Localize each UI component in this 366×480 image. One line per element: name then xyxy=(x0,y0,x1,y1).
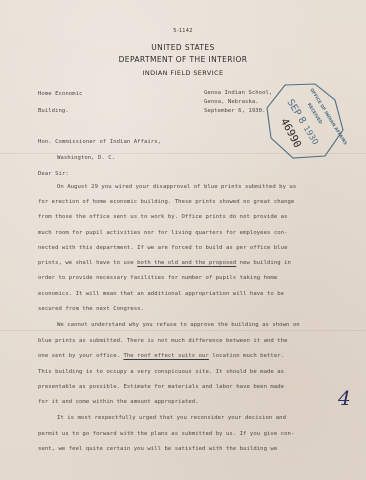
paper-fold-line xyxy=(0,330,366,331)
body-line: secured from the next Congress. xyxy=(38,306,144,312)
recipient-title: Hon. Commissioner of Indian Affairs, xyxy=(38,139,161,145)
letterhead-department: DEPARTMENT OF THE INTERIOR xyxy=(0,55,366,64)
body-line: permit us to go forward with the plans a… xyxy=(38,431,294,437)
body-line: blue prints as submitted. There is not m… xyxy=(38,338,288,344)
stamp-year: 1930 xyxy=(302,124,320,146)
body-line: It is most respectfully urged that you r… xyxy=(57,415,286,421)
body-line: from those the office sent us to work by… xyxy=(38,214,288,220)
body-line-underlined: one sent by your office. The roof effect… xyxy=(38,353,284,359)
body-line-underlined: prints, we shall have to use both the ol… xyxy=(38,260,291,266)
subject-line-2: Building. xyxy=(38,108,69,114)
letter-page: 5-1142 UNITED STATES DEPARTMENT OF THE I… xyxy=(0,0,366,480)
body-line: economics. It will mean that an addition… xyxy=(38,291,284,297)
body-line: much room for pupil activities nor for l… xyxy=(38,230,288,236)
body-line: We cannot understand why you refuse to a… xyxy=(57,322,300,328)
handwritten-page-mark: 4 xyxy=(338,386,351,410)
underlined-phrase: The roof effect suits our xyxy=(123,353,208,359)
salutation: Dear Sir: xyxy=(38,171,69,177)
underlined-phrase: both the old and the proposed xyxy=(137,260,236,266)
body-text: prints, we shall have to use xyxy=(38,260,137,266)
body-text: one sent by your office. xyxy=(38,353,123,359)
body-line: for erection of home economic building. … xyxy=(38,199,294,205)
body-line: nected with this department. If we are f… xyxy=(38,245,288,251)
body-line: On August 29 you wired your disapproval … xyxy=(57,184,296,190)
letterhead-field-service: INDIAN FIELD SERVICE xyxy=(0,69,366,77)
body-line: This building is to occupy a very conspi… xyxy=(38,369,284,375)
stamp-octagon-icon: OFFICE OF INDIAN AFFAIRS RECEIVED SEP 8 … xyxy=(263,82,347,160)
form-number: 5-1142 xyxy=(0,28,366,34)
body-line: presentable as possible. Estimate for ma… xyxy=(38,384,284,390)
letterhead-united-states: UNITED STATES xyxy=(0,43,366,52)
body-line: sent, we feel quite certain you will be … xyxy=(38,446,277,452)
body-text: location much better. xyxy=(209,353,284,359)
received-stamp: OFFICE OF INDIAN AFFAIRS RECEIVED SEP 8 … xyxy=(263,82,347,160)
body-text: new building in xyxy=(236,260,291,266)
recipient-address: Washington, D. C. xyxy=(57,155,115,161)
sender-location: Genoa, Nebraska. xyxy=(204,99,259,105)
subject-line-1: Home Economic xyxy=(38,91,82,97)
body-line: order to provide necessary facilities fo… xyxy=(38,275,277,281)
letter-date: September 6, 1930. xyxy=(204,108,266,114)
body-line: for it and come within the amount approp… xyxy=(38,399,199,405)
